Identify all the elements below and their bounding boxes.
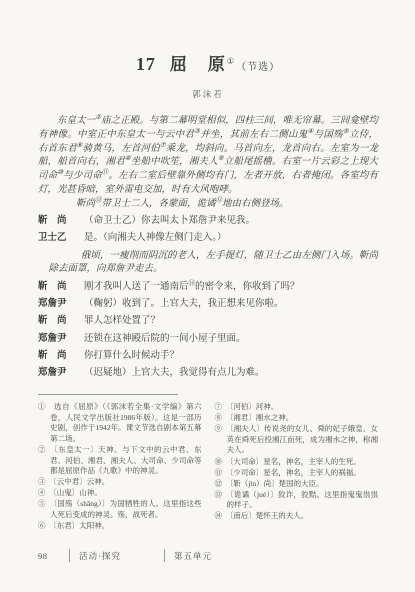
stage-direction-mid: 俄顷，一瘦削而阴沉的老人，左手提灯，随卫士乙由左侧门入场。靳尚除去面罩，向郑詹尹… xyxy=(48,250,378,278)
textbook-page: 17屈 原①（节选） 郭沫若 东皇太一②庙之正殿。与第二幕明堂相似，四柱三间，唯… xyxy=(0,0,415,592)
dialogue-line: 郑詹尹 还锁在这神殿后院的一间小屋子里面。 xyxy=(38,333,378,347)
footnote: ③ 〔云中君〕云神。 xyxy=(38,477,202,488)
dialogue-line: 靳 尚 罪人怎样处置了？ xyxy=(38,315,378,329)
title-subtitle: （节选） xyxy=(236,62,280,73)
author-name: 郭沫若 xyxy=(38,88,378,100)
footnote: ⑧ 〔湘君〕湘水之神。 xyxy=(215,413,379,424)
footnote: ⑭ 〔南后〕楚怀王的夫人。 xyxy=(215,511,379,522)
speaker-name: 靳 尚 xyxy=(38,315,84,329)
dialogue-text: 还锁在这神殿后院的一间小屋子里面。 xyxy=(84,333,378,347)
footnote: ⑩ 〔大司命〕星名，神名，主宰人的生死。 xyxy=(215,457,379,468)
footnote: ⑦ 〔河伯〕河神。 xyxy=(215,402,379,413)
dialogue-line: 靳 尚 （命卫士乙）你去叫太卜郑詹尹来见我。 xyxy=(38,215,378,229)
speaker-name: 靳 尚 xyxy=(38,281,84,295)
speaker-name: 卫士乙 xyxy=(38,232,84,246)
speaker-name: 郑詹尹 xyxy=(38,298,84,312)
title-footnote-marker: ① xyxy=(227,57,234,66)
footnote: ⑥ 〔东君〕太阳神。 xyxy=(38,521,202,532)
dialogue-text: 刚才我叫人送了一通南后⑭的密令来，你收到了吗？ xyxy=(84,281,378,295)
footer-unit-label: 第五单元 xyxy=(174,550,212,562)
footer-divider-bar xyxy=(164,549,165,562)
footnote: ⑬ 〔诡谲（jué）〕狡诈，狡黠。这里指鬼鬼祟祟的样子。 xyxy=(215,490,379,511)
dialogue-text: 罪人怎样处置了？ xyxy=(84,315,378,329)
dialogue-line: 郑詹尹 （鞠躬）收到了。上官大夫，我正想来见你啦。 xyxy=(38,298,378,312)
footnote: ④ 〔山鬼〕山神。 xyxy=(38,488,202,499)
page-number: 98 xyxy=(38,551,60,561)
footer-section-label: 活动·探究 xyxy=(79,550,155,562)
footer-divider-bar xyxy=(69,549,70,562)
footnotes: ① 选自《屈原》（《郭沫若全集·文学编》第六卷，人民文学出版社1986年版）。这… xyxy=(38,402,378,532)
dialogue-line: 靳 尚 刚才我叫人送了一通南后⑭的密令来，你收到了吗？ xyxy=(38,281,378,295)
footnote-divider xyxy=(38,394,178,395)
dialogue-line: 郑詹尹 （迟疑地）上官大夫，我觉得有点儿为难。 xyxy=(38,367,378,381)
lesson-title-row: 17屈 原①（节选） xyxy=(38,50,378,75)
speaker-name: 郑詹尹 xyxy=(38,333,84,347)
dialogue-text: （鞠躬）收到了。上官大夫，我正想来见你啦。 xyxy=(84,298,378,312)
footnote: ⑫ 〔靳（jìn）尚〕楚国的大臣。 xyxy=(215,479,379,490)
dialogue-text: （命卫士乙）你去叫太卜郑詹尹来见我。 xyxy=(84,215,378,229)
stage-direction-opening: 东皇太一②庙之正殿。与第二幕明堂相似，四柱三间，唯无帘幕。三间龛壁均有神像。中室… xyxy=(38,115,378,198)
footnote: ② 〔东皇太一〕天神。与下文中的云中君、东君、河伯、湘君、湘夫人、大司命、少司命… xyxy=(38,445,202,477)
speaker-name: 靳 尚 xyxy=(38,350,84,364)
page-footer: 98 活动·探究 第五单元 xyxy=(38,549,378,562)
footnote: ⑤ 〔国殇（shāng）〕为国牺牲的人。这里指这些人死后变成的神灵。殇，战死者。 xyxy=(38,499,202,520)
speaker-name: 靳 尚 xyxy=(38,215,84,229)
stage-direction-entrance: 靳尚⑫带卫士二人，各蒙面，诡谲⑬地由右侧登场。 xyxy=(38,198,378,212)
footnote-column-left: ① 选自《屈原》（《郭沫若全集·文学编》第六卷，人民文学出版社1986年版）。这… xyxy=(38,402,202,532)
speaker-name: 郑詹尹 xyxy=(38,367,84,381)
footnote: ① 选自《屈原》（《郭沫若全集·文学编》第六卷，人民文学出版社1986年版）。这… xyxy=(38,402,202,444)
lesson-number: 17 xyxy=(136,54,156,74)
dialogue-line: 卫士乙 是。（向湘夫人神像左侧门走入。） xyxy=(38,232,378,246)
footnote: ⑨ 〔湘夫人〕传说尧的女儿、舜的妃子娥皇、女英在舜死后投湘江而死，成为湘水之神，… xyxy=(215,424,379,456)
dialogue-text: 你打算什么时候动手？ xyxy=(84,350,378,364)
page-content: 17屈 原①（节选） 郭沫若 东皇太一②庙之正殿。与第二幕明堂相似，四柱三间，唯… xyxy=(38,0,378,532)
dialogue-text: （迟疑地）上官大夫，我觉得有点儿为难。 xyxy=(84,367,378,381)
footnote: ⑪ 〔少司命〕星名，神名，主宰人的祸福。 xyxy=(215,468,379,479)
footnote-column-right: ⑦ 〔河伯〕河神。 ⑧ 〔湘君〕湘水之神。 ⑨ 〔湘夫人〕传说尧的女儿、舜的妃子… xyxy=(215,402,379,532)
lesson-body: 东皇太一②庙之正殿。与第二幕明堂相似，四柱三间，唯无帘幕。三间龛壁均有神像。中室… xyxy=(38,115,378,381)
dialogue-line: 靳 尚 你打算什么时候动手？ xyxy=(38,350,378,364)
dialogue-text: 是。（向湘夫人神像左侧门走入。） xyxy=(84,232,378,246)
page-title: 屈 原 xyxy=(170,55,227,74)
